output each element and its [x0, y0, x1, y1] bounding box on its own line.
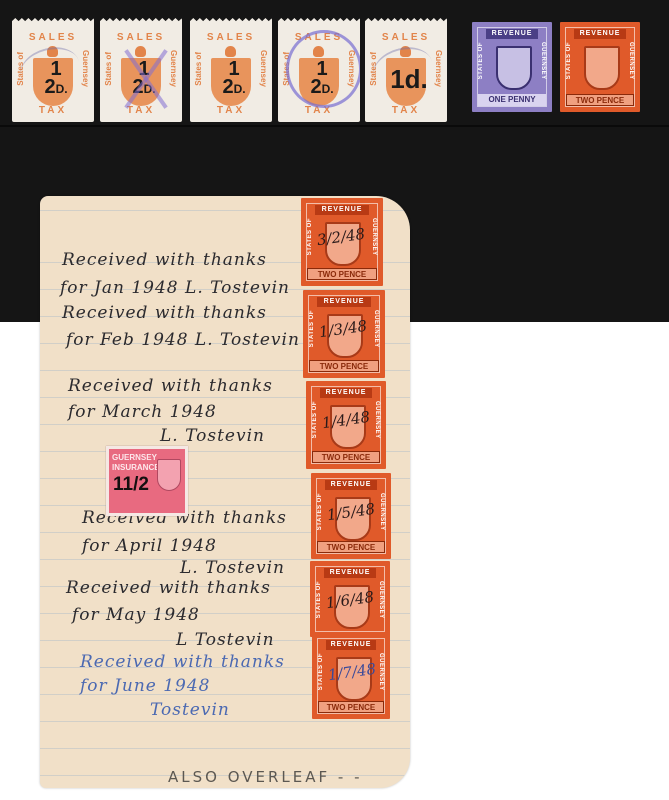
receipt-line-may-1: Received with thanks	[66, 578, 271, 598]
receipt-signature-apr: L. Tostevin	[180, 558, 285, 578]
crown-icon	[225, 46, 236, 57]
stamp-value-text: TWO PENCE	[318, 701, 384, 713]
mount-strip-edge	[0, 125, 669, 127]
stamp-left-text: STATES OF	[566, 42, 572, 79]
stamp-top-text: REVENUE	[320, 388, 372, 398]
stamp-left-text: States of	[194, 52, 203, 86]
receipt-line-may-2: for May 1948	[72, 605, 200, 625]
sales-tax-stamp-2: SALES States of Guernsey 12D. TAX	[100, 18, 182, 122]
revenue-stamp-two-pence: REVENUE STATES OF GUERNSEY TWO PENCE	[560, 22, 640, 112]
sales-tax-stamp-5: SALES States of Guernsey 1d. TAX	[365, 18, 447, 122]
receipt-signature-jun: Tostevin	[150, 700, 230, 720]
stamp-top-text: SALES	[365, 32, 447, 43]
stamp-value-text: TWO PENCE	[312, 451, 380, 463]
sales-tax-stamp-4: SALES States of Guernsey 12D. TAX	[278, 18, 360, 122]
stamp-top-text: REVENUE	[574, 29, 626, 39]
stamp-right-text: Guernsey	[434, 50, 443, 87]
stamp-top-text: REVENUE	[315, 205, 369, 215]
violet-circular-postmark	[286, 30, 362, 108]
stamp-value-text: TWO PENCE	[317, 541, 385, 553]
stamp-value-text: TWO PENCE	[307, 268, 377, 280]
page-revenue-stamp-4: REVENUE STATES OF GUERNSEY TWO PENCE 1/5…	[311, 473, 391, 559]
insurance-stamp-value: 11/2	[113, 474, 149, 496]
receipt-signature-mar: L. Tostevin	[160, 426, 265, 446]
coat-of-arms-icon	[584, 46, 620, 90]
overprint-value: 12D.	[214, 60, 254, 98]
stamp-right-text: GUERNSEY	[373, 310, 379, 348]
guernsey-insurance-stamp: GUERNSEY INSURANCE 11/2	[106, 446, 188, 516]
receipt-line-mar-2: for March 1948	[68, 402, 217, 422]
receipt-line-jun-1: Received with thanks	[80, 652, 285, 672]
coat-of-arms-icon	[496, 46, 532, 90]
receipt-line-jan-1: Received with thanks	[62, 250, 267, 270]
sales-tax-stamp-1: SALES States of Guernsey 12D. TAX	[12, 18, 94, 122]
stamp-bottom-text: TAX	[12, 105, 94, 116]
stamp-top-text: SALES	[100, 32, 182, 43]
stamp-bottom-text: TAX	[190, 105, 272, 116]
stamp-top-text: REVENUE	[326, 640, 376, 650]
page-revenue-stamp-5: REVENUE STATES OF GUERNSEY 1/6/48	[310, 561, 390, 637]
stamp-right-text: Guernsey	[259, 50, 268, 87]
stamp-left-text: States of	[104, 52, 113, 86]
page-revenue-stamp-3: REVENUE STATES OF GUERNSEY TWO PENCE 1/4…	[306, 381, 386, 469]
stamp-top-text: REVENUE	[486, 29, 538, 39]
stamp-right-text: GUERNSEY	[540, 42, 546, 80]
violet-cross-cancel	[120, 48, 170, 108]
receipt-line-mar-1: Received with thanks	[68, 376, 273, 396]
page-revenue-stamp-6: REVENUE STATES OF GUERNSEY TWO PENCE 1/7…	[312, 633, 390, 719]
receipt-line-feb-1: Received with thanks	[62, 303, 267, 323]
page-revenue-stamp-1: REVENUE STATES OF GUERNSEY TWO PENCE 3/2…	[301, 198, 383, 286]
receipt-line-apr-2: for April 1948	[82, 536, 217, 556]
revenue-stamp-one-penny: REVENUE STATES OF GUERNSEY ONE PENNY	[472, 22, 552, 112]
sales-tax-stamp-3: SALES States of Guernsey 12D. TAX	[190, 18, 272, 122]
insurance-stamp-line1: GUERNSEY	[112, 453, 157, 462]
stamp-right-text: GUERNSEY	[628, 42, 634, 80]
stamp-right-text: GUERNSEY	[371, 218, 377, 256]
stamp-top-text: SALES	[12, 32, 94, 43]
stamp-value-text: ONE PENNY	[478, 94, 546, 106]
stamp-value-text: TWO PENCE	[566, 94, 634, 106]
coat-of-arms-icon	[157, 459, 181, 491]
stamp-value-text: TWO PENCE	[309, 360, 379, 372]
also-overleaf-note: ALSO OVERLEAF - -	[168, 768, 363, 786]
receipt-line-jan-2: for Jan 1948 L. Tostevin	[60, 278, 290, 298]
receipt-line-feb-2: for Feb 1948 L. Tostevin	[66, 330, 300, 350]
receipt-line-jun-2: for June 1948	[80, 676, 211, 696]
stamp-right-text: Guernsey	[81, 50, 90, 87]
stamp-left-text: STATES OF	[478, 42, 484, 79]
stamp-right-text: Guernsey	[169, 50, 178, 87]
stamp-top-text: SALES	[190, 32, 272, 43]
page-revenue-stamp-2: REVENUE STATES OF GUERNSEY TWO PENCE 1/3…	[303, 290, 385, 378]
stamp-bottom-text: TAX	[365, 105, 447, 116]
insurance-stamp-line2: INSURANCE	[112, 463, 160, 472]
stamp-top-text: REVENUE	[324, 568, 376, 578]
stamp-top-text: REVENUE	[325, 480, 377, 490]
receipt-signature-may: L Tostevin	[176, 630, 275, 650]
stamp-top-text: REVENUE	[317, 297, 371, 307]
